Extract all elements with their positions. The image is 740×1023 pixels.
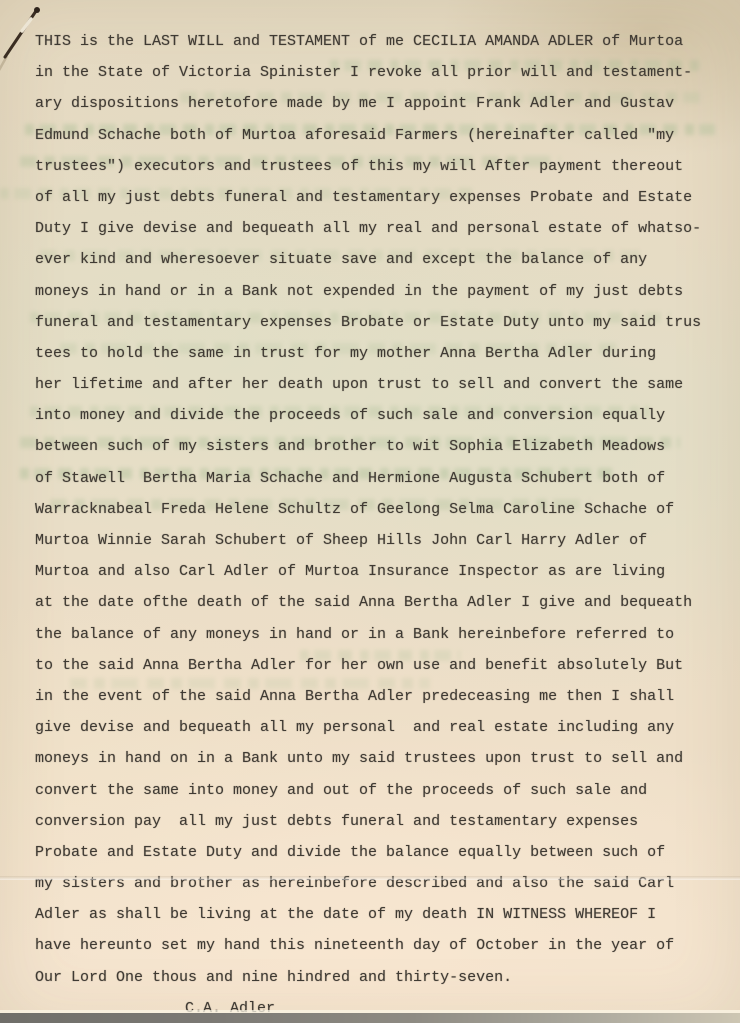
document-line: her lifetime and after her death upon tr…: [35, 369, 715, 400]
document-line: the balance of any moneys in hand or in …: [35, 619, 715, 650]
document-line: convert the same into money and out of t…: [35, 775, 715, 806]
document-line: moneys in hand or in a Bank not expended…: [35, 276, 715, 307]
document-line: funeral and testamentary expenses Brobat…: [35, 307, 715, 338]
document-line: Edmund Schache both of Murtoa aforesaid …: [35, 120, 715, 151]
document-line: Murtoa and also Carl Adler of Murtoa Ins…: [35, 556, 715, 587]
document-line: in the State of Victoria Spinister I rev…: [35, 57, 715, 88]
document-line: conversion pay all my just debts funeral…: [35, 806, 715, 837]
document-line: tees to hold the same in trust for my mo…: [35, 338, 715, 369]
document-line: my sisters and brother as hereinbefore d…: [35, 868, 715, 899]
document-line: in the event of the said Anna Bertha Adl…: [35, 681, 715, 712]
scan-edge-strip: [0, 1013, 740, 1023]
document-line: have hereunto set my hand this nineteent…: [35, 930, 715, 961]
document-line: between such of my sisters and brother t…: [35, 431, 715, 462]
document-line: Duty I give devise and bequeath all my r…: [35, 213, 715, 244]
document-line: at the date ofthe death of the said Anna…: [35, 587, 715, 618]
will-document-page: THIS is the LAST WILL and TESTAMENT of m…: [0, 0, 740, 1023]
document-line: of all my just debts funeral and testame…: [35, 182, 715, 213]
document-line: ary dispositions heretofore made by me I…: [35, 88, 715, 119]
document-line: Murtoa Winnie Sarah Schubert of Sheep Hi…: [35, 525, 715, 556]
document-line: Warracknabeal Freda Helene Schultz of Ge…: [35, 494, 715, 525]
document-line: trustees") executors and trustees of thi…: [35, 151, 715, 182]
document-line: of Stawell Bertha Maria Schache and Herm…: [35, 463, 715, 494]
document-line: Adler as shall be living at the date of …: [35, 899, 715, 930]
document-line: to the said Anna Bertha Adler for her ow…: [35, 650, 715, 681]
document-line: into money and divide the proceeds of su…: [35, 400, 715, 431]
document-line: moneys in hand on in a Bank unto my said…: [35, 743, 715, 774]
document-line: give devise and bequeath all my personal…: [35, 712, 715, 743]
document-line: THIS is the LAST WILL and TESTAMENT of m…: [35, 26, 715, 57]
document-line: Our Lord One thous and nine hindred and …: [35, 962, 715, 993]
document-line: Probate and Estate Duty and divide the b…: [35, 837, 715, 868]
document-body: THIS is the LAST WILL and TESTAMENT of m…: [35, 26, 715, 1023]
document-line: ever kind and wheresoever situate save a…: [35, 244, 715, 275]
